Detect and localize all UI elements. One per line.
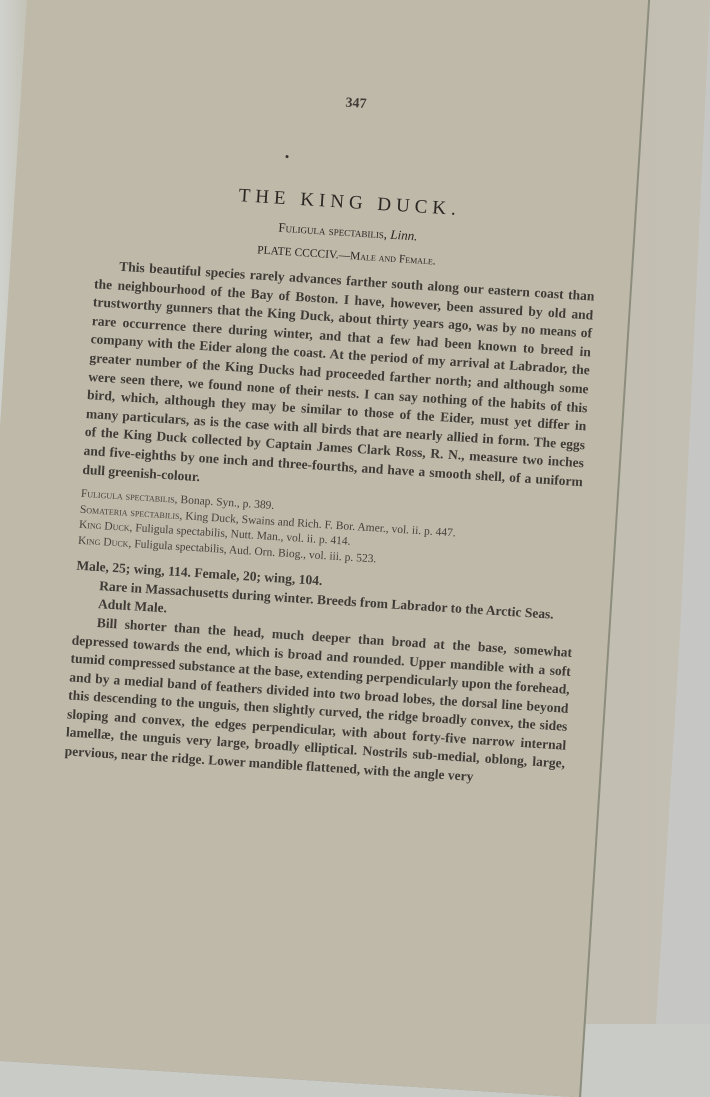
plate-caption: Male and Female. <box>350 250 436 267</box>
book-page: 347 THE KING DUCK. Fuligula spectabilis,… <box>0 0 649 1024</box>
intro-paragraph: This beautiful species rarely advances f… <box>82 256 595 510</box>
plate-number: PLATE CCCCIV.— <box>257 244 351 262</box>
scientific-name: Fuligula spectabilis, <box>278 220 388 242</box>
synonym-name: King Duck, <box>78 534 132 549</box>
description-paragraph: Bill shorter than the head, much deeper … <box>64 612 572 792</box>
page-number: 347 <box>106 81 606 128</box>
page-content: 347 THE KING DUCK. Fuligula spectabilis,… <box>64 81 606 793</box>
authority: Linn. <box>390 227 418 244</box>
synonym-name: King Duck, <box>79 519 133 534</box>
